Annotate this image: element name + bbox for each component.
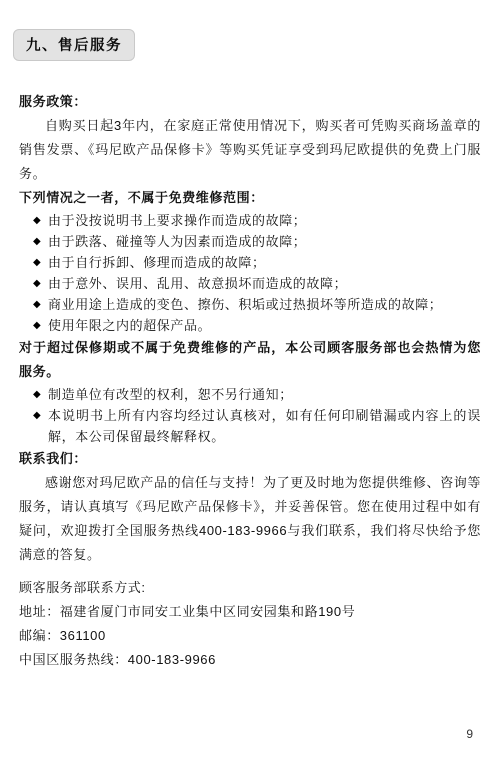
service-policy-paragraph: 自购买日起3年内，在家庭正常使用情况下，购买者可凭购买商场盖章的销售发票、《玛尼… xyxy=(19,114,481,186)
list-item-text: 制造单位有改型的权利，恕不另行通知； xyxy=(48,387,293,402)
list-item-text: 由于自行拆卸、修理而造成的故障； xyxy=(48,255,266,270)
section-title: 九、售后服务 xyxy=(26,38,122,54)
list-item-text: 由于没按说明书上要求操作而造成的故障； xyxy=(48,213,306,228)
list-item-text: 由于跌落、碰撞等人为因素而造成的故障； xyxy=(48,234,306,249)
list-item: ◆ 制造单位有改型的权利，恕不另行通知； xyxy=(19,384,481,405)
page-number: 9 xyxy=(466,727,473,741)
customer-service-heading: 顾客服务部联系方式: xyxy=(19,576,481,600)
diamond-bullet-icon: ◆ xyxy=(33,252,41,273)
list-item-text: 商业用途上造成的变色、擦伤、积垢或过热损坏等所造成的故障； xyxy=(48,297,442,312)
page-content: 服务政策： 自购买日起3年内，在家庭正常使用情况下，购买者可凭购买商场盖章的销售… xyxy=(19,90,481,672)
service-policy-heading: 服务政策： xyxy=(19,90,481,114)
customer-service-postcode: 邮编：361100 xyxy=(19,624,481,648)
list-item: ◆ 由于跌落、碰撞等人为因素而造成的故障； xyxy=(19,231,481,252)
customer-service-address: 地址：福建省厦门市同安工业集中区同安园集和路190号 xyxy=(19,600,481,624)
list-item-text: 本说明书上所有内容均经过认真核对，如有任何印刷错漏或内容上的误解，本公司保留最终… xyxy=(48,408,481,444)
list-item: ◆ 使用年限之内的超保产品。 xyxy=(19,315,481,336)
list-item: ◆ 本说明书上所有内容均经过认真核对，如有任何印刷错漏或内容上的误解，本公司保留… xyxy=(19,405,481,447)
list-item: ◆ 由于意外、误用、乱用、故意损坏而造成的故障； xyxy=(19,273,481,294)
diamond-bullet-icon: ◆ xyxy=(33,273,41,294)
contact-us-heading: 联系我们： xyxy=(19,447,481,471)
diamond-bullet-icon: ◆ xyxy=(33,294,41,315)
customer-service-block: 顾客服务部联系方式: 地址：福建省厦门市同安工业集中区同安园集和路190号 邮编… xyxy=(19,576,481,672)
list-item: ◆ 商业用途上造成的变色、擦伤、积垢或过热损坏等所造成的故障； xyxy=(19,294,481,315)
section-title-badge: 九、售后服务 xyxy=(13,29,135,61)
diamond-bullet-icon: ◆ xyxy=(33,405,41,426)
exclusions-list: ◆ 由于没按说明书上要求操作而造成的故障； ◆ 由于跌落、碰撞等人为因素而造成的… xyxy=(19,210,481,336)
customer-service-hotline: 中国区服务热线：400-183-9966 xyxy=(19,648,481,672)
list-item: ◆ 由于没按说明书上要求操作而造成的故障； xyxy=(19,210,481,231)
notice-list: ◆ 制造单位有改型的权利，恕不另行通知； ◆ 本说明书上所有内容均经过认真核对，… xyxy=(19,384,481,447)
manual-page: 九、售后服务 服务政策： 自购买日起3年内，在家庭正常使用情况下，购买者可凭购买… xyxy=(0,0,499,765)
list-item-text: 使用年限之内的超保产品。 xyxy=(48,318,211,333)
list-item-text: 由于意外、误用、乱用、故意损坏而造成的故障； xyxy=(48,276,347,291)
diamond-bullet-icon: ◆ xyxy=(33,384,41,405)
paid-service-note: 对于超过保修期或不属于免费维修的产品，本公司顾客服务部也会热情为您服务。 xyxy=(19,336,481,384)
diamond-bullet-icon: ◆ xyxy=(33,315,41,336)
exclusions-heading: 下列情况之一者，不属于免费维修范围： xyxy=(19,186,481,210)
diamond-bullet-icon: ◆ xyxy=(33,210,41,231)
contact-us-paragraph: 感谢您对玛尼欧产品的信任与支持！为了更及时地为您提供维修、咨询等服务，请认真填写… xyxy=(19,471,481,567)
list-item: ◆ 由于自行拆卸、修理而造成的故障； xyxy=(19,252,481,273)
diamond-bullet-icon: ◆ xyxy=(33,231,41,252)
